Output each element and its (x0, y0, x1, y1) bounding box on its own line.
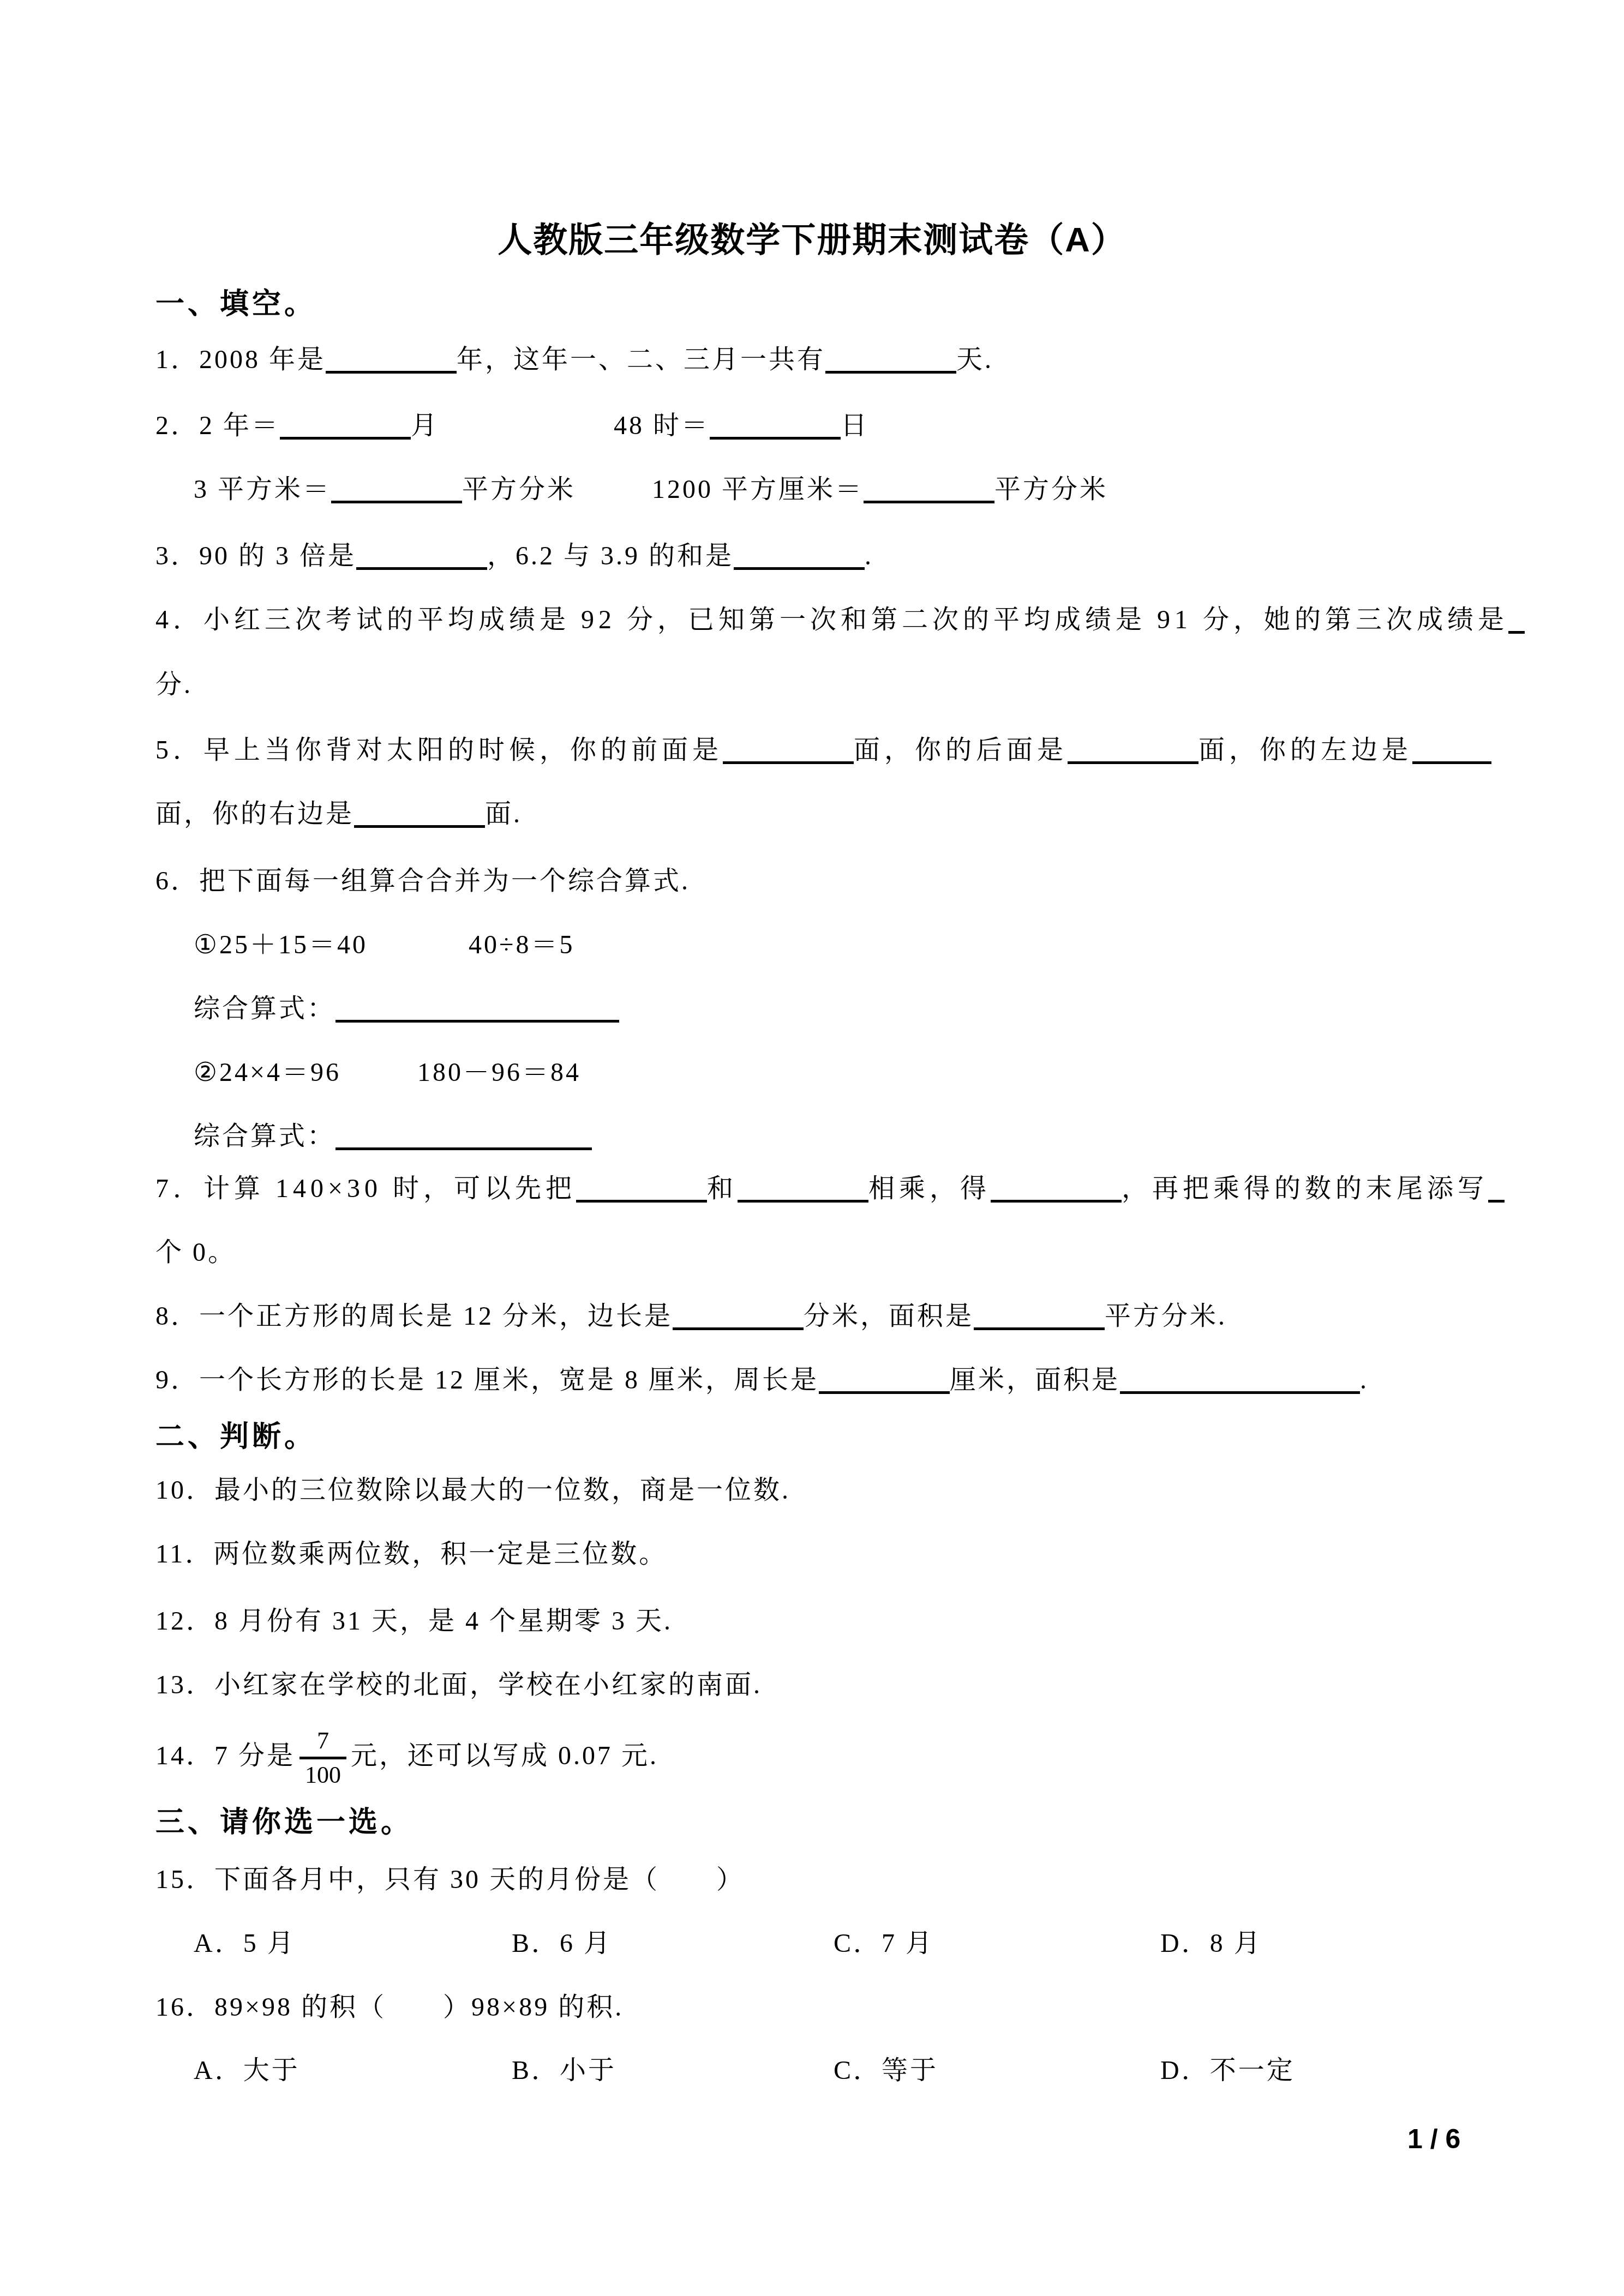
fill-blank (723, 755, 854, 764)
q2-text-c: 48 时＝ (614, 411, 710, 440)
fill-blank (673, 1321, 804, 1330)
fill-blank (819, 1385, 950, 1394)
fraction-denominator: 100 (299, 1757, 346, 1787)
section-2-heading: 二、判断。 (155, 1416, 316, 1458)
q5-text-a: 5．早上当你背对太阳的时候，你的前面是 (155, 736, 723, 765)
q1-text-c: 天. (956, 345, 993, 374)
q9-text-a: 9．一个长方形的长是 12 厘米，宽是 8 厘米，周长是 (155, 1366, 819, 1395)
fill-blank (1120, 1385, 1360, 1394)
fill-blank (331, 494, 462, 503)
fill-blank (734, 561, 865, 570)
question-13: 13．小红家在学校的北面，学校在小红家的南面. (155, 1664, 762, 1706)
question-15-stem: 15．下面各月中，只有 30 天的月份是（ ） (155, 1859, 745, 1901)
question-2-line-1: 2．2 年＝月48 时＝日 (155, 405, 869, 447)
question-5-line-1: 5．早上当你背对太阳的时候，你的前面是面，你的后面是面，你的左边是 (155, 730, 1491, 771)
question-11: 11．两位数乘两位数，积一定是三位数。 (155, 1534, 667, 1575)
question-10: 10．最小的三位数除以最大的一位数，商是一位数. (155, 1470, 790, 1511)
q2-text-h: 平方分米 (994, 475, 1108, 504)
fill-blank (738, 1193, 868, 1203)
q7-text-d: ，再把乘得的数的末尾添写 (1122, 1174, 1488, 1203)
q6-equation-2a: ②24×4＝96 (194, 1058, 341, 1087)
question-6-answer-1: 综合算式： (194, 988, 619, 1030)
question-9: 9．一个长方形的长是 12 厘米，宽是 8 厘米，周长是厘米，面积是. (155, 1360, 1369, 1401)
q7-text-c: 相乘，得 (868, 1174, 991, 1203)
q6-equation-1b: 40÷8＝5 (469, 930, 574, 959)
q14-text-b: 元，还可以写成 0.07 元. (351, 1741, 658, 1770)
fill-blank (280, 430, 411, 440)
question-6-stem: 6．把下面每一组算合合并为一个综合算式. (155, 861, 690, 902)
q7-text-b: 和 (707, 1174, 738, 1203)
q8-text-a: 8．一个正方形的周长是 12 分米，边长是 (155, 1302, 673, 1331)
document-page: 人教版三年级数学下册期末测试卷（A） 一、填空。 1．2008 年是年，这年一、… (0, 0, 1624, 2296)
fill-blank (991, 1193, 1122, 1203)
fill-blank (1068, 755, 1198, 764)
fill-blank (356, 561, 487, 570)
q5-text-d: 面，你的右边是 (155, 800, 354, 828)
q8-text-b: 分米，面积是 (804, 1302, 974, 1331)
question-6-equations-1: ①25＋15＝4040÷8＝5 (194, 924, 574, 966)
q6-equation-2b: 180－96＝84 (417, 1058, 581, 1087)
q15-option-c: C．7 月 (834, 1923, 934, 1964)
fill-blank (576, 1193, 707, 1203)
q6-answer-label-1: 综合算式： (194, 994, 335, 1023)
question-8: 8．一个正方形的周长是 12 分米，边长是分米，面积是平方分米. (155, 1296, 1227, 1337)
q2-text-d: 日 (841, 411, 869, 440)
q3-text-b: ，6.2 与 3.9 的和是 (487, 542, 734, 570)
fill-blank (864, 494, 994, 503)
q1-text-b: 年，这年一、二、三月一共有 (457, 345, 825, 374)
question-5-line-2: 面，你的右边是面. (155, 794, 522, 835)
q9-text-c: . (1360, 1366, 1369, 1395)
q4-text-a: 4．小红三次考试的平均成绩是 92 分，已知第一次和第二次的平均成绩是 91 分… (155, 605, 1508, 634)
q5-text-c: 面，你的左边是 (1198, 736, 1412, 765)
question-6-equations-2: ②24×4＝96180－96＝84 (194, 1052, 581, 1093)
q2-text-e: 3 平方米＝ (194, 475, 331, 504)
q16-option-d: D．不一定 (1160, 2050, 1295, 2091)
question-1: 1．2008 年是年，这年一、二、三月一共有天. (155, 339, 993, 381)
q2-text-b: 月 (411, 411, 439, 440)
question-6-answer-2: 综合算式： (194, 1116, 592, 1157)
q16-option-c: C．等于 (834, 2050, 938, 2091)
q2-text-a: 2．2 年＝ (155, 411, 280, 440)
fraction-numerator: 7 (311, 1729, 334, 1757)
q2-text-f: 平方分米 (462, 475, 576, 504)
question-7-line-2: 个 0。 (155, 1232, 236, 1273)
q2-text-g: 1200 平方厘米＝ (652, 475, 864, 504)
question-7-line-1: 7．计算 140×30 时，可以先把和相乘，得，再把乘得的数的末尾添写 (155, 1168, 1505, 1210)
fill-blank (326, 364, 457, 374)
q14-text-a: 14．7 分是 (155, 1741, 295, 1770)
q16-option-b: B．小于 (512, 2050, 616, 2091)
page-title: 人教版三年级数学下册期末测试卷（A） (0, 215, 1624, 265)
question-16-stem: 16．89×98 的积（ ）98×89 的积. (155, 1987, 624, 2028)
fraction-7-over-100: 7100 (299, 1729, 346, 1787)
fill-blank (1412, 755, 1491, 764)
q5-text-e: 面. (485, 800, 522, 828)
question-4-line-2: 分. (155, 664, 193, 706)
fill-blank (354, 819, 485, 828)
q16-option-a: A．大于 (194, 2050, 300, 2091)
fill-blank (335, 1141, 592, 1150)
section-3-heading: 三、请你选一选。 (155, 1802, 413, 1843)
q4-text-b: 分. (155, 670, 193, 699)
q7-text-e: 个 0。 (155, 1238, 236, 1267)
question-14: 14．7 分是7100元，还可以写成 0.07 元. (155, 1729, 658, 1787)
fill-blank (1508, 624, 1525, 634)
q9-text-b: 厘米，面积是 (950, 1366, 1120, 1395)
q3-text-c: . (865, 542, 873, 570)
question-4-line-1: 4．小红三次考试的平均成绩是 92 分，已知第一次和第二次的平均成绩是 91 分… (155, 599, 1525, 641)
q7-text-a: 7．计算 140×30 时，可以先把 (155, 1174, 576, 1203)
page-number: 1 / 6 (1407, 2118, 1460, 2160)
fill-blank (974, 1321, 1105, 1330)
question-3: 3．90 的 3 倍是，6.2 与 3.9 的和是. (155, 536, 873, 577)
question-2-line-2: 3 平方米＝平方分米1200 平方厘米＝平方分米 (194, 469, 1108, 510)
fill-blank (710, 430, 841, 440)
q1-text-a: 1．2008 年是 (155, 345, 326, 374)
q15-option-a: A．5 月 (194, 1923, 296, 1964)
q5-text-b: 面，你的后面是 (854, 736, 1068, 765)
section-1-heading: 一、填空。 (155, 284, 316, 325)
fill-blank (1488, 1193, 1505, 1203)
q15-option-d: D．8 月 (1160, 1923, 1262, 1964)
q6-equation-1a: ①25＋15＝40 (194, 930, 368, 959)
q3-text-a: 3．90 的 3 倍是 (155, 542, 356, 570)
q6-answer-label-2: 综合算式： (194, 1122, 335, 1151)
q15-option-b: B．6 月 (512, 1923, 612, 1964)
fill-blank (335, 1013, 619, 1023)
q8-text-c: 平方分米. (1105, 1302, 1227, 1331)
fill-blank (825, 364, 956, 374)
question-12: 12．8 月份有 31 天，是 4 个星期零 3 天. (155, 1601, 673, 1642)
q6-stem-text: 6．把下面每一组算合合并为一个综合算式. (155, 867, 690, 895)
